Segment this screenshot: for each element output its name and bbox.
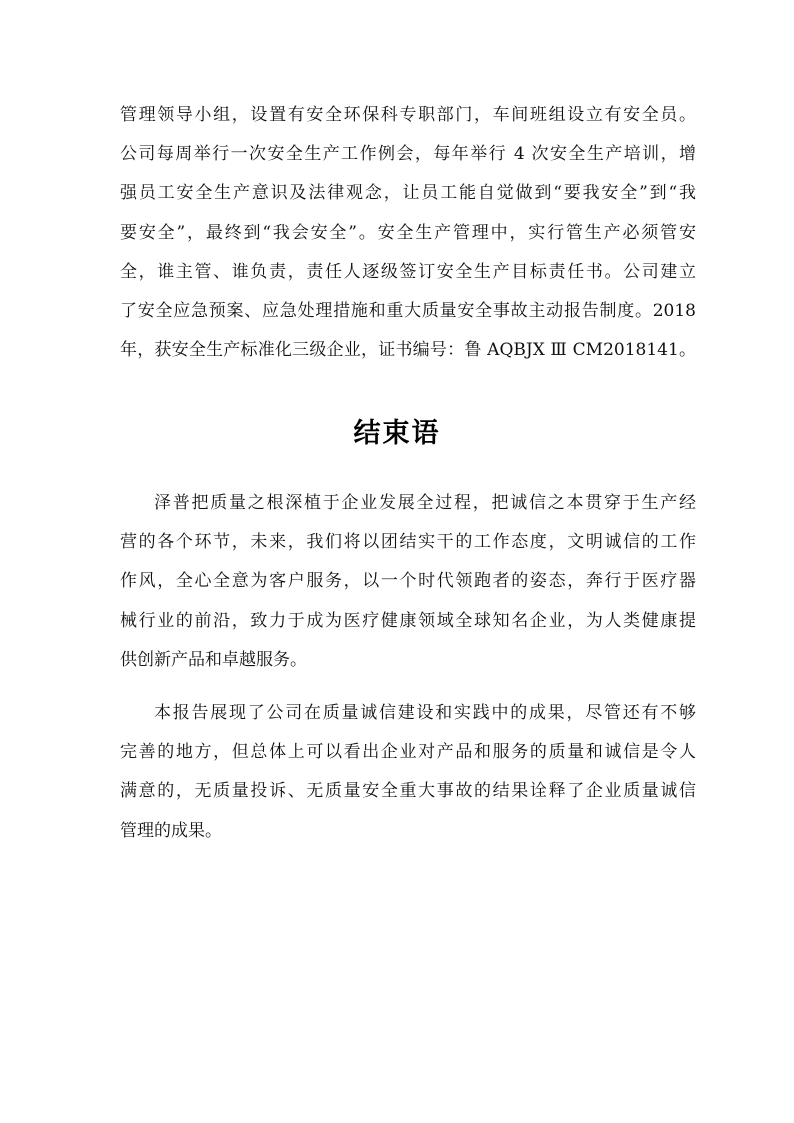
paragraph-line: 供创新产品和卓越服务。 bbox=[120, 641, 696, 680]
paragraph-line: 要安全”，最终到“我会安全”。安全生产管理中，实行管生产必须管安 bbox=[120, 214, 696, 253]
paragraph-line: 械行业的前沿，致力于成为医疗健康领域全球知名企业，为人类健康提 bbox=[120, 602, 696, 641]
section-heading-conclusion: 结束语 bbox=[0, 414, 794, 454]
paragraph-line: 了安全应急预案、应急处理措施和重大质量安全事故主动报告制度。2018 bbox=[120, 292, 696, 331]
paragraph-line: 本报告展现了公司在质量诚信建设和实践中的成果，尽管还有不够 bbox=[120, 694, 696, 733]
paragraph-line: 全，谁主管、谁负责，责任人逐级签订安全生产目标责任书。公司建立 bbox=[120, 253, 696, 292]
document-page: 管理领导小组，设置有安全环保科专职部门，车间班组设立有安全员。 公司每周举行一次… bbox=[0, 0, 794, 1123]
safety-management-paragraph: 管理领导小组，设置有安全环保科专职部门，车间班组设立有安全员。 公司每周举行一次… bbox=[120, 96, 696, 370]
paragraph-line: 满意的，无质量投诉、无质量安全重大事故的结果诠释了企业质量诚信 bbox=[120, 772, 696, 811]
conclusion-paragraph-1: 泽普把质量之根深植于企业发展全过程，把诚信之本贯穿于生产经 营的各个环节，未来，… bbox=[120, 484, 696, 680]
paragraph-line: 泽普把质量之根深植于企业发展全过程，把诚信之本贯穿于生产经 bbox=[120, 484, 696, 523]
paragraph-line: 强员工安全生产意识及法律观念，让员工能自觉做到“要我安全”到“我 bbox=[120, 174, 696, 213]
paragraph-line: 管理的成果。 bbox=[120, 812, 696, 851]
paragraph-line: 作风，全心全意为客户服务，以一个时代领跑者的姿态，奔行于医疗器 bbox=[120, 562, 696, 601]
conclusion-paragraph-2: 本报告展现了公司在质量诚信建设和实践中的成果，尽管还有不够 完善的地方，但总体上… bbox=[120, 694, 696, 851]
paragraph-line: 管理领导小组，设置有安全环保科专职部门，车间班组设立有安全员。 bbox=[120, 96, 696, 135]
paragraph-line: 年，获安全生产标准化三级企业，证书编号：鲁 AQBJX Ⅲ CM2018141。 bbox=[120, 331, 696, 370]
paragraph-line: 营的各个环节，未来，我们将以团结实干的工作态度，文明诚信的工作 bbox=[120, 523, 696, 562]
paragraph-line: 完善的地方，但总体上可以看出企业对产品和服务的质量和诚信是令人 bbox=[120, 733, 696, 772]
paragraph-line: 公司每周举行一次安全生产工作例会，每年举行 4 次安全生产培训，增 bbox=[120, 135, 696, 174]
